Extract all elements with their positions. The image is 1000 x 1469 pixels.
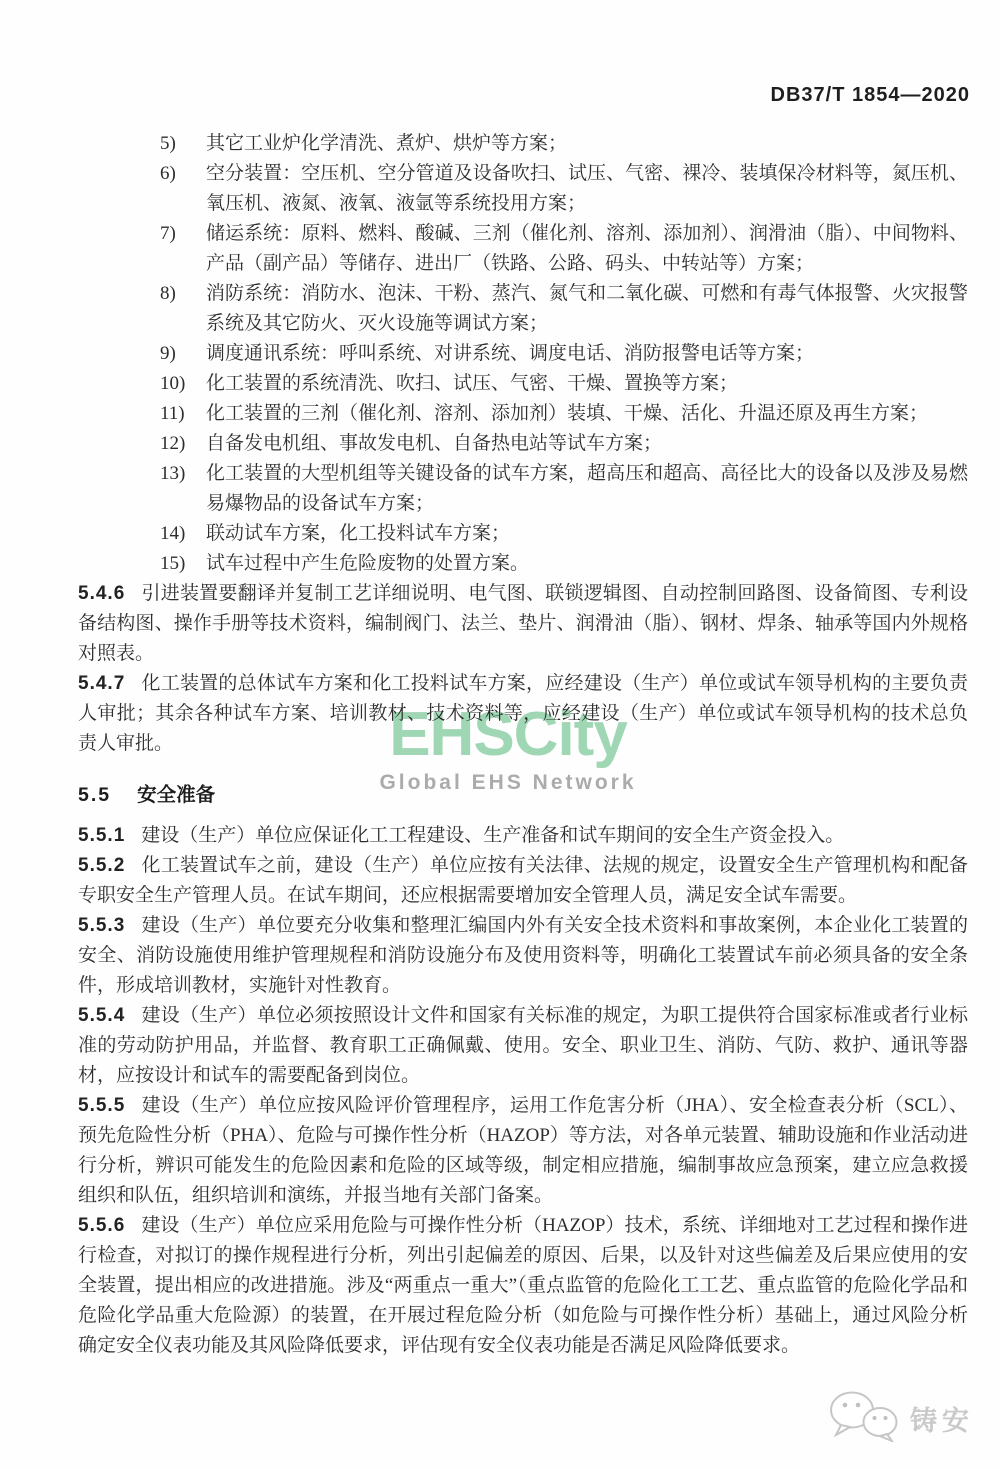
list-item-text: 消防系统：消防水、泡沫、干粉、蒸汽、氮气和二氧化碳、可燃和有毒气体报警、火灾报警…: [206, 279, 968, 339]
clause-5-4-6: 5.4.6引进装置要翻译并复制工艺详细说明、电气图、联锁逻辑图、自动控制回路图、…: [78, 579, 968, 669]
list-item: 14)联动试车方案，化工投料试车方案；: [78, 519, 968, 549]
clause-5-5-1: 5.5.1建设（生产）单位应保证化工工程建设、生产准备和试车期间的安全生产资金投…: [78, 821, 968, 851]
list-item-number: 13): [160, 459, 206, 519]
list-item-text: 化工装置的系统清洗、吹扫、试压、气密、干燥、置换等方案；: [206, 369, 968, 399]
list-item-text: 调度通讯系统：呼叫系统、对讲系统、调度电话、消防报警电话等方案；: [206, 339, 968, 369]
clause-text: 建设（生产）单位应保证化工工程建设、生产准备和试车期间的安全生产资金投入。: [141, 825, 844, 846]
list-item: 12)自备发电机组、事故发电机、自备热电站等试车方案；: [78, 429, 968, 459]
clause-number: 5.5.6: [78, 1215, 125, 1236]
clause-5-4-7: 5.4.7化工装置的总体试车方案和化工投料试车方案，应经建设（生产）单位或试车领…: [78, 669, 968, 759]
list-item: 11)化工装置的三剂（催化剂、溶剂、添加剂）装填、干燥、活化、升温还原及再生方案…: [78, 399, 968, 429]
list-item-number: 5): [160, 129, 206, 159]
list-item: 15)试车过程中产生危险废物的处置方案。: [78, 549, 968, 579]
list-item-number: 11): [160, 399, 206, 429]
list-item-text: 空分装置：空压机、空分管道及设备吹扫、试压、气密、裸冷、装填保冷材料等，氮压机、…: [206, 159, 968, 219]
clause-text: 建设（生产）单位要充分收集和整理汇编国内外有关安全技术资料和事故案例，本企业化工…: [78, 915, 968, 996]
list-item-number: 15): [160, 549, 206, 579]
clause-text: 化工装置的总体试车方案和化工投料试车方案，应经建设（生产）单位或试车领导机构的主…: [78, 673, 968, 754]
clause-number: 5.4.7: [78, 673, 125, 694]
list-item: 9)调度通讯系统：呼叫系统、对讲系统、调度电话、消防报警电话等方案；: [78, 339, 968, 369]
list-item-number: 6): [160, 159, 206, 219]
list-item-number: 14): [160, 519, 206, 549]
clause-text: 化工装置试车之前，建设（生产）单位应按有关法律、法规的规定，设置安全生产管理机构…: [78, 855, 968, 906]
clause-number: 5.4.6: [78, 583, 125, 604]
clause-number: 5.5.1: [78, 825, 125, 846]
list-item-text: 联动试车方案，化工投料试车方案；: [206, 519, 968, 549]
clause-number: 5.5.5: [78, 1095, 125, 1116]
list-item: 8)消防系统：消防水、泡沫、干粉、蒸汽、氮气和二氧化碳、可燃和有毒气体报警、火灾…: [78, 279, 968, 339]
wechat-bubbles-icon: [826, 1390, 902, 1447]
clause-5-5-2: 5.5.2化工装置试车之前，建设（生产）单位应按有关法律、法规的规定，设置安全生…: [78, 851, 968, 911]
section-title: 安全准备: [137, 785, 215, 806]
section-number: 5.5: [78, 784, 111, 806]
clause-number: 5.5.3: [78, 915, 125, 936]
clause-5-5-3: 5.5.3建设（生产）单位要充分收集和整理汇编国内外有关安全技术资料和事故案例，…: [78, 911, 968, 1001]
list-item-number: 9): [160, 339, 206, 369]
list-item-number: 12): [160, 429, 206, 459]
list-item-text: 化工装置的大型机组等关键设备的试车方案，超高压和超高、高径比大的设备以及涉及易燃…: [206, 459, 968, 519]
clause-number: 5.5.2: [78, 855, 125, 876]
clause-text: 建设（生产）单位应采用危险与可操作性分析（HAZOP）技术，系统、详细地对工艺过…: [78, 1215, 968, 1356]
list-item-text: 化工装置的三剂（催化剂、溶剂、添加剂）装填、干燥、活化、升温还原及再生方案；: [206, 399, 968, 429]
list-item: 5)其它工业炉化学清洗、煮炉、烘炉等方案；: [78, 129, 968, 159]
list-item: 7)储运系统：原料、燃料、酸碱、三剂（催化剂、溶剂、添加剂）、润滑油（脂）、中间…: [78, 219, 968, 279]
clause-number: 5.5.4: [78, 1005, 125, 1026]
document-body: 5)其它工业炉化学清洗、煮炉、烘炉等方案； 6)空分装置：空压机、空分管道及设备…: [78, 129, 968, 1361]
standard-number: DB37/T 1854—2020: [771, 84, 970, 107]
clause-5-5-4: 5.5.4建设（生产）单位必须按照设计文件和国家有关标准的规定，为职工提供符合国…: [78, 1001, 968, 1091]
document-page: DB37/T 1854—2020 EHSCity Global EHS Netw…: [0, 0, 1000, 1469]
list-item: 13)化工装置的大型机组等关键设备的试车方案，超高压和超高、高径比大的设备以及涉…: [78, 459, 968, 519]
clause-5-5-5: 5.5.5建设（生产）单位应按风险评价管理程序，运用工作危害分析（JHA）、安全…: [78, 1091, 968, 1211]
section-heading-5-5: 5.5安全准备: [78, 780, 968, 811]
footer-logo-text: 铸安: [910, 1399, 974, 1438]
clause-text: 建设（生产）单位应按风险评价管理程序，运用工作危害分析（JHA）、安全检查表分析…: [78, 1095, 968, 1206]
list-item-number: 10): [160, 369, 206, 399]
clause-5-5-6: 5.5.6建设（生产）单位应采用危险与可操作性分析（HAZOP）技术，系统、详细…: [78, 1211, 968, 1361]
list-item-text: 其它工业炉化学清洗、煮炉、烘炉等方案；: [206, 129, 968, 159]
list-item-text: 自备发电机组、事故发电机、自备热电站等试车方案；: [206, 429, 968, 459]
footer-logo: 铸安: [826, 1390, 974, 1447]
numbered-list: 5)其它工业炉化学清洗、煮炉、烘炉等方案； 6)空分装置：空压机、空分管道及设备…: [78, 129, 968, 579]
clause-text: 引进装置要翻译并复制工艺详细说明、电气图、联锁逻辑图、自动控制回路图、设备简图、…: [78, 583, 968, 664]
list-item-number: 7): [160, 219, 206, 279]
list-item: 10)化工装置的系统清洗、吹扫、试压、气密、干燥、置换等方案；: [78, 369, 968, 399]
list-item-number: 8): [160, 279, 206, 339]
clause-text: 建设（生产）单位必须按照设计文件和国家有关标准的规定，为职工提供符合国家标准或者…: [78, 1005, 968, 1086]
list-item-text: 试车过程中产生危险废物的处置方案。: [206, 549, 968, 579]
list-item: 6)空分装置：空压机、空分管道及设备吹扫、试压、气密、裸冷、装填保冷材料等，氮压…: [78, 159, 968, 219]
list-item-text: 储运系统：原料、燃料、酸碱、三剂（催化剂、溶剂、添加剂）、润滑油（脂）、中间物料…: [206, 219, 968, 279]
